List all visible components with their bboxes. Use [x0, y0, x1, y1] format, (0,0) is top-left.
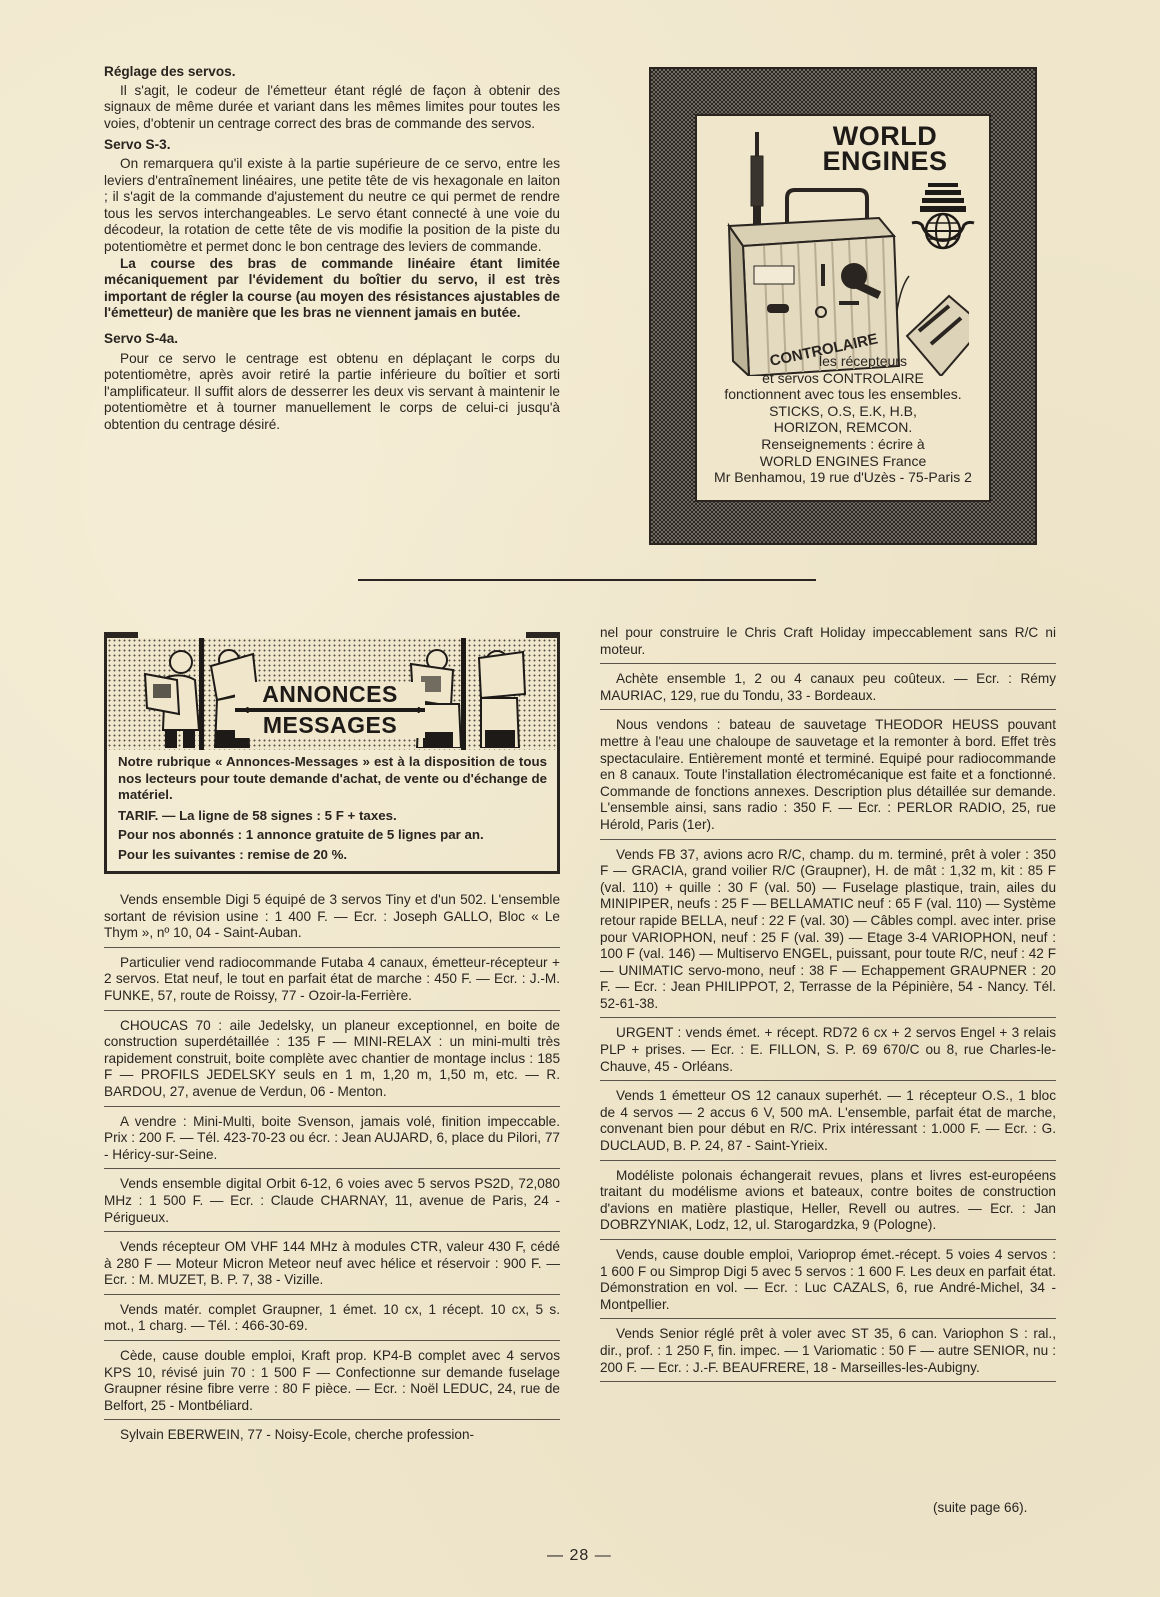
title-messages: MESSAGES — [235, 713, 425, 738]
ad-text: Vends ensemble Digi 5 équipé de 3 servos… — [104, 892, 560, 942]
paragraph-servo-s3: On remarquera qu'il existe à la partie s… — [104, 156, 560, 256]
ad-text: Vends récepteur OM VHF 144 MHz à modules… — [104, 1239, 560, 1289]
continued-note: (suite page 66). — [933, 1500, 1027, 1515]
ad-text: CHOUCAS 70 : aile Jedelsky, un planeur e… — [104, 1018, 560, 1101]
section-divider — [358, 579, 816, 581]
advert-line: Renseignements : écrire à — [697, 436, 989, 453]
ad-text: Vends FB 37, avions acro R/C, champ. du … — [600, 847, 1056, 1013]
advert-address: Mr Benhamou, 19 rue d'Uzès - 75-Paris 2 — [697, 469, 989, 486]
advert-line: WORLD ENGINES France — [697, 453, 989, 470]
classified-ad: Vends Senior réglé prêt à voler avec ST … — [600, 1326, 1056, 1382]
classified-ad: Achète ensemble 1, 2 ou 4 canaux peu coû… — [600, 671, 1056, 710]
ad-text: Nous vendons : bateau de sauvetage THEOD… — [600, 717, 1056, 833]
classified-ad: A vendre : Mini-Multi, boite Svenson, ja… — [104, 1114, 560, 1170]
page-number: — 28 — — [547, 1547, 612, 1565]
heading-reglage: Réglage des servos. — [104, 64, 560, 81]
annonces-title: ANNONCES MESSAGES — [235, 682, 425, 738]
ad-text: Achète ensemble 1, 2 ou 4 canaux peu coû… — [600, 671, 1056, 704]
ad-text: Vends ensemble digital Orbit 6-12, 6 voi… — [104, 1176, 560, 1226]
annonces-intro: Notre rubrique « Annonces-Messages » est… — [118, 754, 547, 804]
classified-ad: URGENT : vends émet. + récept. RD72 6 cx… — [600, 1025, 1056, 1081]
classified-ad: Vends FB 37, avions acro R/C, champ. du … — [600, 847, 1056, 1019]
heading-servo-s3: Servo S-3. — [104, 137, 560, 154]
classified-ad: Particulier vend radiocommande Futaba 4 … — [104, 955, 560, 1011]
annonces-banner: ANNONCES MESSAGES — [107, 638, 557, 750]
article-servo-adjustment: Réglage des servos. Il s'agit, le codeur… — [104, 64, 560, 433]
ad-text: nel pour construire le Chris Craft Holid… — [600, 625, 1056, 658]
classified-ad: Vends ensemble digital Orbit 6-12, 6 voi… — [104, 1176, 560, 1232]
annonces-discount: Pour les suivantes : remise de 20 %. — [118, 847, 547, 864]
world-engines-advert: CONTROLAIRE WORLD ENGINES les récepteurs… — [649, 67, 1037, 545]
advert-line: et servos CONTROLAIRE — [697, 370, 989, 387]
classified-ad: Nous vendons : bateau de sauvetage THEOD… — [600, 717, 1056, 839]
ad-text: Vends, cause double emploi, Varioprop ém… — [600, 1247, 1056, 1313]
annonces-subscribers: Pour nos abonnés : 1 annonce gratuite de… — [118, 827, 547, 844]
ad-text: Modéliste polonais échangerait revues, p… — [600, 1168, 1056, 1234]
classified-ad-continued: nel pour construire le Chris Craft Holid… — [600, 625, 1056, 664]
ad-text: Vends Senior réglé prêt à voler avec ST … — [600, 1326, 1056, 1376]
ad-text: A vendre : Mini-Multi, boite Svenson, ja… — [104, 1114, 560, 1164]
classified-ads-left: Vends ensemble Digi 5 équipé de 3 servos… — [104, 892, 560, 1456]
classified-ad: Vends ensemble Digi 5 équipé de 3 servos… — [104, 892, 560, 948]
advert-line: fonctionnent avec tous les ensembles. — [697, 386, 989, 403]
ad-text: Particulier vend radiocommande Futaba 4 … — [104, 955, 560, 1005]
classified-ad: Vends, cause double emploi, Varioprop ém… — [600, 1247, 1056, 1319]
classified-ad: Vends récepteur OM VHF 144 MHz à modules… — [104, 1239, 560, 1295]
ad-text: Vends 1 émetteur OS 12 canaux superhét. … — [600, 1088, 1056, 1154]
advert-line: HORIZON, REMCON. — [697, 419, 989, 436]
banner-pillar — [461, 638, 466, 750]
paragraph-servo-s4a: Pour ce servo le centrage est obtenu en … — [104, 351, 560, 434]
brand-line-2: ENGINES — [795, 149, 975, 174]
advert-line: les récepteurs — [697, 353, 989, 370]
title-annonces: ANNONCES — [235, 682, 425, 707]
advert-panel: CONTROLAIRE WORLD ENGINES les récepteurs… — [695, 114, 991, 502]
classified-ad: Vends matér. complet Graupner, 1 émet. 1… — [104, 1302, 560, 1341]
classified-ad: Vends 1 émetteur OS 12 canaux superhét. … — [600, 1088, 1056, 1160]
paragraph-reglage: Il s'agit, le codeur de l'émetteur étant… — [104, 83, 560, 133]
advert-line: STICKS, O.S, E.K, H.B, — [697, 403, 989, 420]
annonces-tarif: TARIF. — La ligne de 58 signes : 5 F + t… — [118, 808, 547, 825]
ad-text: Sylvain EBERWEIN, 77 - Noisy-Ecole, cher… — [104, 1427, 560, 1444]
classified-ad: Sylvain EBERWEIN, 77 - Noisy-Ecole, cher… — [104, 1427, 560, 1449]
heading-servo-s4a: Servo S-4a. — [104, 331, 560, 348]
classified-ad: Modéliste polonais échangerait revues, p… — [600, 1168, 1056, 1240]
reader-figure-icon — [467, 644, 537, 748]
classified-ad: Cède, cause double emploi, Kraft prop. K… — [104, 1348, 560, 1420]
advert-text: les récepteurs et servos CONTROLAIRE fon… — [697, 353, 989, 486]
ad-text: Cède, cause double emploi, Kraft prop. K… — [104, 1348, 560, 1414]
ad-text: URGENT : vends émet. + récept. RD72 6 cx… — [600, 1025, 1056, 1075]
annonces-messages-box: ANNONCES MESSAGES Notre rubrique « Annon… — [104, 632, 560, 874]
globe-logo-icon — [910, 181, 976, 253]
annonces-info: Notre rubrique « Annonces-Messages » est… — [118, 754, 547, 864]
paragraph-servo-s3-warning: La course des bras de commande linéaire … — [104, 256, 560, 322]
advert-brand: WORLD ENGINES — [795, 124, 975, 174]
ad-text: Vends matér. complet Graupner, 1 émet. 1… — [104, 1302, 560, 1335]
classified-ads-right: nel pour construire le Chris Craft Holid… — [600, 625, 1056, 1389]
classified-ad: CHOUCAS 70 : aile Jedelsky, un planeur e… — [104, 1018, 560, 1107]
